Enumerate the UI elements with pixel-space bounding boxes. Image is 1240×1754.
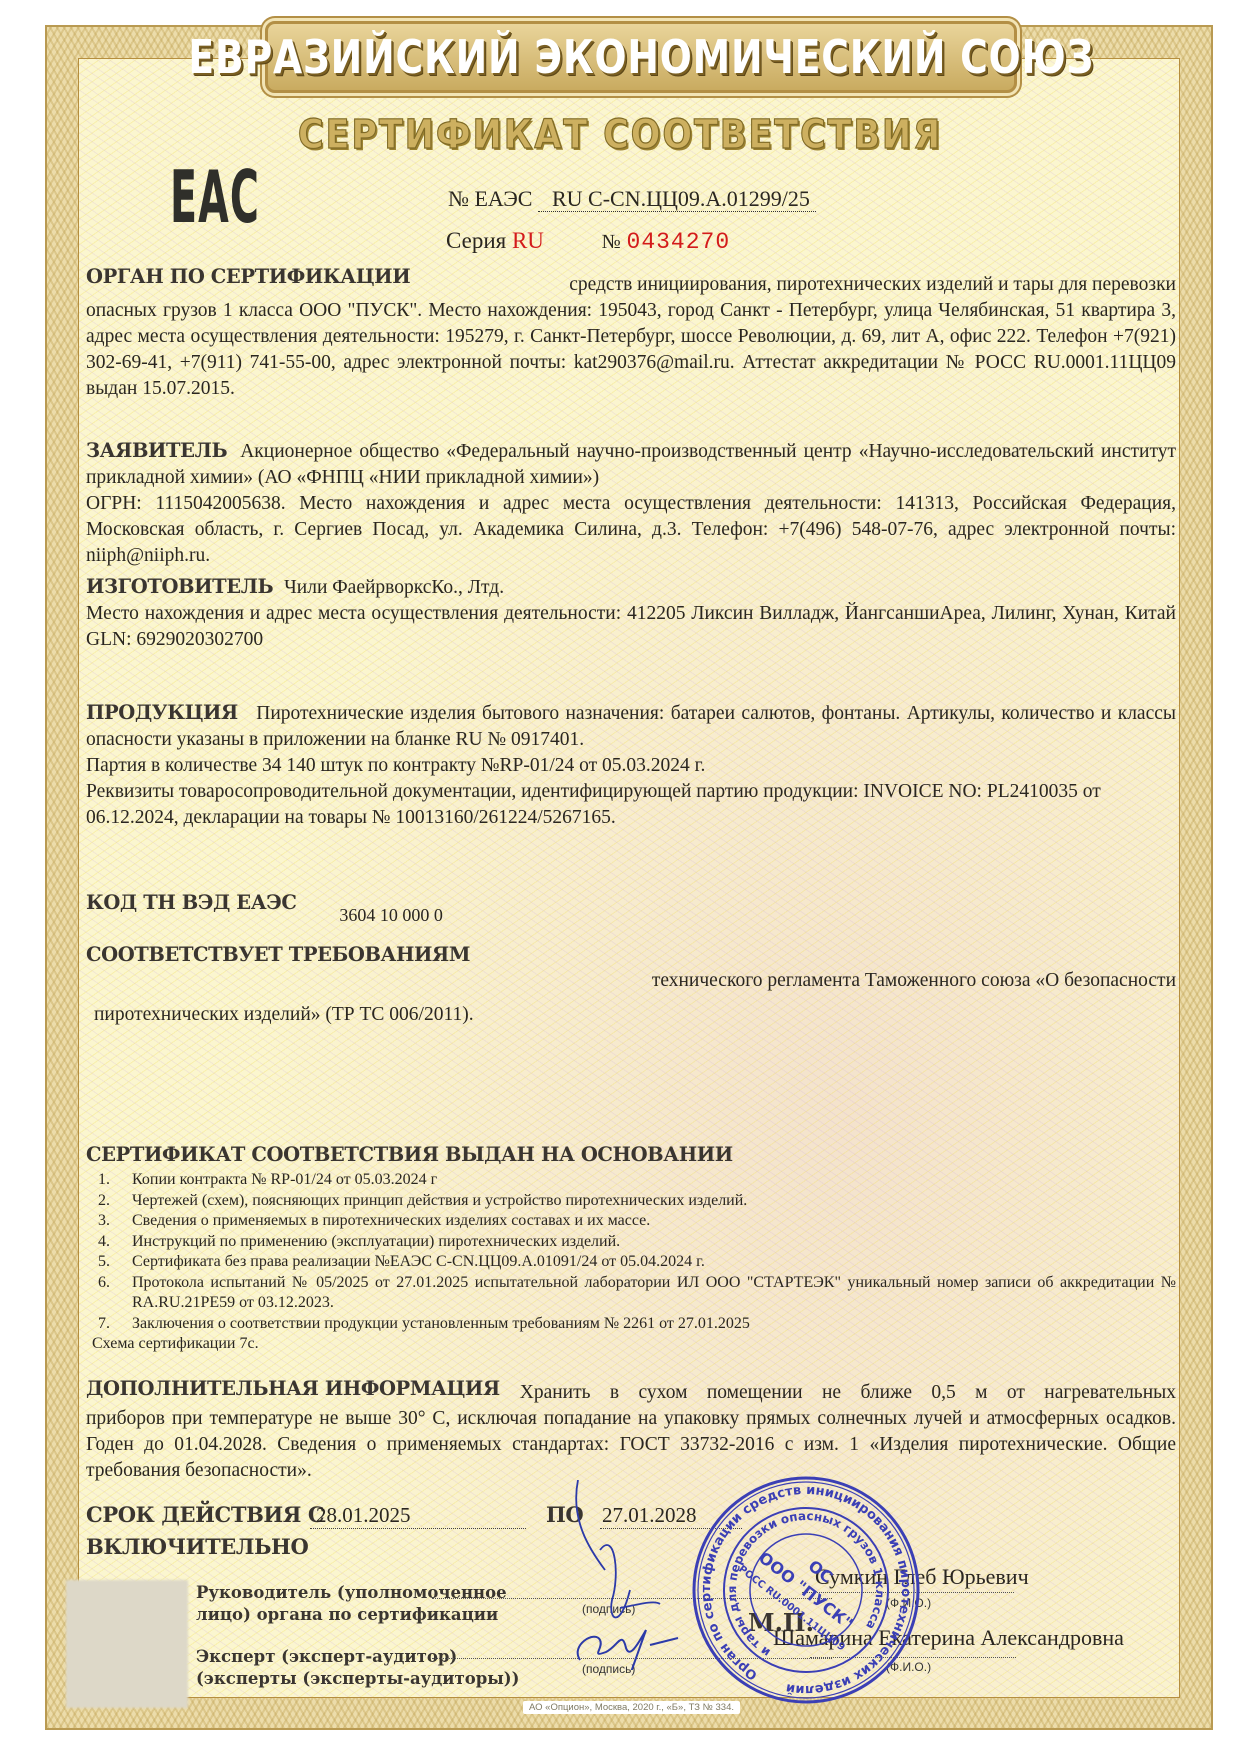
basis-item-number: 3. <box>86 1211 132 1232</box>
basis-item: 1.Копии контракта № RP-01/24 от 05.03.20… <box>86 1170 1176 1191</box>
manufacturer-details: Место нахождения и адрес места осуществл… <box>86 601 1176 653</box>
registration-number: № ЕАЭС RU С-CN.ЦЦ09.А.01299/25 <box>448 186 816 212</box>
basis-list: 1.Копии контракта № RP-01/24 от 05.03.20… <box>86 1170 1176 1334</box>
certification-body-text: опасных грузов 1 класса ООО "ПУСК". Мест… <box>86 298 1176 402</box>
registration-number-value: RU С-CN.ЦЦ09.А.01299/25 <box>538 186 816 212</box>
certification-body-label: ОРГАН ПО СЕРТИФИКАЦИИ <box>86 264 410 290</box>
basis-item: 4.Инструкций по применению (эксплуатации… <box>86 1232 1176 1253</box>
manufacturer-label: ИЗГОТОВИТЕЛЬ <box>86 575 273 598</box>
applicant-name: Акционерное общество «Федеральный научно… <box>86 441 1176 488</box>
applicant-label: ЗАЯВИТЕЛЬ <box>86 439 227 462</box>
basis-item-number: 5. <box>86 1252 132 1273</box>
product-description: Пиротехнические изделия бытового назначе… <box>86 703 1176 750</box>
basis-item: 7.Заключения о соответствии продукции ус… <box>86 1314 1176 1335</box>
product-docs: Реквизиты товаросопроводительной докумен… <box>86 779 1176 831</box>
certification-body-section: ОРГАН ПО СЕРТИФИКАЦИИ средств инициирова… <box>86 272 1176 402</box>
additional-info-label: ДОПОЛНИТЕЛЬНАЯ ИНФОРМАЦИЯ <box>86 1376 500 1402</box>
basis-item: 6.Протокола испытаний № 05/2025 от 27.01… <box>86 1273 1176 1314</box>
head-signatory-label: Руководитель (уполномоченное лицо) орган… <box>196 1582 507 1626</box>
printer-imprint: АО «Опцион», Москва, 2020 г., «Б», ТЗ № … <box>523 1701 740 1714</box>
basis-item-number: 4. <box>86 1232 132 1253</box>
hs-code-label: КОД ТН ВЭД ЕАЭС <box>86 891 296 914</box>
series-value: RU <box>512 228 544 253</box>
blank-series: Серия RU № 0434270 <box>446 228 730 255</box>
union-banner: ЕВРАЗИЙСКИЙ ЭКОНОМИЧЕСКИЙ СОЮЗ <box>265 21 1017 93</box>
basis-item-text: Сведения о применяемых в пиротехнических… <box>132 1211 650 1232</box>
basis-item-number: 1. <box>86 1170 132 1191</box>
conformity-label: СООТВЕТСТВУЕТ ТРЕБОВАНИЯМ <box>86 942 1176 968</box>
basis-section: СЕРТИФИКАТ СООТВЕТСТВИЯ ВЫДАН НА ОСНОВАН… <box>86 1142 1176 1354</box>
validity-from-date: 28.01.2025 <box>310 1502 526 1529</box>
union-title: ЕВРАЗИЙСКИЙ ЭКОНОМИЧЕСКИЙ СОЮЗ <box>188 30 1094 84</box>
document-title: СЕРТИФИКАТ СООТВЕТСТВИЯ <box>0 112 1240 158</box>
basis-item-text: Копии контракта № RP-01/24 от 05.03.2024… <box>132 1170 437 1191</box>
redacted-area <box>66 1580 188 1708</box>
manufacturer-name: Чили ФаейрворксКо., Лтд. <box>284 577 504 598</box>
product-section: ПРОДУКЦИЯ Пиротехнические изделия бытово… <box>86 700 1176 831</box>
certification-scheme: Схема сертификации 7с. <box>86 1334 1176 1354</box>
additional-info-text: приборов при температуре не выше 30° С, … <box>86 1406 1176 1484</box>
basis-label: СЕРТИФИКАТ СООТВЕТСТВИЯ ВЫДАН НА ОСНОВАН… <box>86 1142 1176 1168</box>
expert-signatory-label: Эксперт (эксперт-аудитор) (эксперты (экс… <box>196 1646 519 1690</box>
applicant-details: ОГРН: 1115042005638. Место нахождения и … <box>86 491 1176 569</box>
hs-code-section: КОД ТН ВЭД ЕАЭС 3604 10 000 0 <box>86 890 1176 917</box>
additional-info-section: ДОПОЛНИТЕЛЬНАЯ ИНФОРМАЦИЯ Хранить в сухо… <box>86 1380 1176 1484</box>
product-label: ПРОДУКЦИЯ <box>86 701 238 724</box>
basis-item: 3.Сведения о применяемых в пиротехническ… <box>86 1211 1176 1232</box>
basis-item-text: Инструкций по применению (эксплуатации) … <box>132 1232 620 1253</box>
validity-from-label: СРОК ДЕЙСТВИЯ С <box>86 1502 324 1527</box>
basis-item-number: 7. <box>86 1314 132 1335</box>
basis-item-text: Сертификата без права реализации №ЕАЭС С… <box>132 1252 705 1273</box>
organization-stamp-icon: Орган по сертификации средств инициирова… <box>688 1472 924 1708</box>
blank-number: 0434270 <box>627 229 731 255</box>
basis-item-text: Чертежей (схем), поясняющих принцип дейс… <box>132 1191 747 1212</box>
manufacturer-section: ИЗГОТОВИТЕЛЬ Чили ФаейрворксКо., Лтд. Ме… <box>86 574 1176 653</box>
basis-item-number: 6. <box>86 1273 132 1314</box>
eac-logo-icon: ЕАС <box>170 155 260 239</box>
conformity-section: СООТВЕТСТВУЕТ ТРЕБОВАНИЯМ технического р… <box>86 942 1176 1028</box>
applicant-section: ЗАЯВИТЕЛЬ Акционерное общество «Федераль… <box>86 438 1176 569</box>
basis-item-text: Протокола испытаний № 05/2025 от 27.01.2… <box>132 1273 1176 1314</box>
basis-item-number: 2. <box>86 1191 132 1212</box>
basis-item: 2.Чертежей (схем), поясняющих принцип де… <box>86 1191 1176 1212</box>
basis-item-text: Заключения о соответствии продукции уста… <box>132 1314 750 1335</box>
hs-code-value: 3604 10 000 0 <box>339 905 443 925</box>
product-batch: Партия в количестве 34 140 штук по контр… <box>86 753 1176 779</box>
basis-item: 5.Сертификата без права реализации №ЕАЭС… <box>86 1252 1176 1273</box>
